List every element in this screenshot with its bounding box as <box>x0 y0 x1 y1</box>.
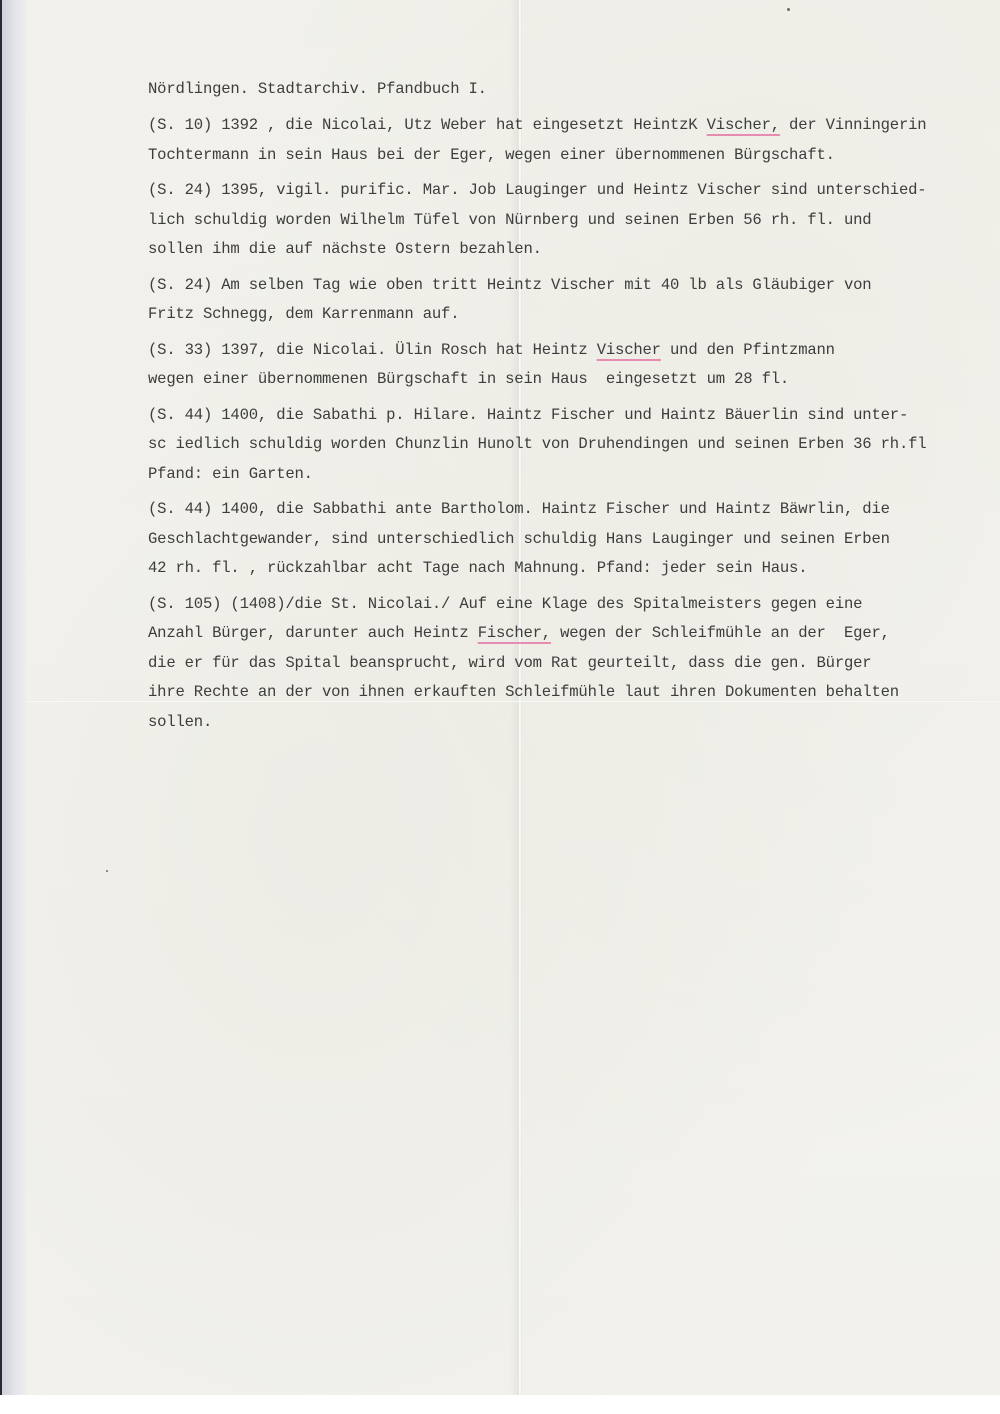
document-entry: (S. 10) 1392 , die Nicolai, Utz Weber ha… <box>148 116 978 175</box>
text-segment: Geschlachtgewander, sind unterschiedlich… <box>148 530 890 548</box>
entry-line: Geschlachtgewander, sind unterschiedlich… <box>148 530 978 560</box>
text-segment: (S. 44) 1400, die Sabathi p. Hilare. Hai… <box>148 406 908 424</box>
text-segment: (S. 10) 1392 , die Nicolai, Utz Weber ha… <box>148 116 707 134</box>
text-segment: Fritz Schnegg, dem Karrenmann auf. <box>148 305 459 323</box>
entry-line: (S. 10) 1392 , die Nicolai, Utz Weber ha… <box>148 116 978 146</box>
text-segment: wegen der Schleifmühle an der Eger, <box>551 624 890 642</box>
text-segment: Tochtermann in sein Haus bei der Eger, w… <box>148 146 835 164</box>
text-segment: sollen ihm die auf nächste Ostern bezahl… <box>148 240 542 258</box>
text-segment: ihre Rechte an der von ihnen erkauften S… <box>148 683 899 701</box>
text-segment: (S. 33) 1397, die Nicolai. Ülin Rosch ha… <box>148 341 597 359</box>
text-segment: lich schuldig worden Wilhelm Tüfel von N… <box>148 211 871 229</box>
text-segment: Anzahl Bürger, darunter auch Heintz <box>148 624 478 642</box>
entry-line: ihre Rechte an der von ihnen erkauften S… <box>148 683 978 713</box>
entry-line: die er für das Spital beansprucht, wird … <box>148 654 978 684</box>
text-segment: 42 rh. fl. , rückzahlbar acht Tage nach … <box>148 559 807 577</box>
text-segment: (S. 105) (1408)/die St. Nicolai./ Auf ei… <box>148 595 862 613</box>
text-segment: Pfand: ein Garten. <box>148 465 313 483</box>
entry-line: (S. 24) 1395, vigil. purific. Mar. Job L… <box>148 181 978 211</box>
text-segment: (S. 24) Am selben Tag wie oben tritt Hei… <box>148 276 871 294</box>
document-entry: (S. 44) 1400, die Sabathi p. Hilare. Hai… <box>148 406 978 495</box>
entry-line: sollen. <box>148 713 978 743</box>
entry-line: Tochtermann in sein Haus bei der Eger, w… <box>148 146 978 176</box>
entry-line: sc iedlich schuldig worden Chunzlin Huno… <box>148 435 978 465</box>
scan-left-border <box>2 0 26 1395</box>
document-entry: (S. 33) 1397, die Nicolai. Ülin Rosch ha… <box>148 341 978 400</box>
highlighted-name: Vischer, <box>707 116 780 134</box>
text-segment: (S. 44) 1400, die Sabbathi ante Bartholo… <box>148 500 890 518</box>
highlighted-name: Vischer <box>597 341 661 359</box>
document-entries: (S. 10) 1392 , die Nicolai, Utz Weber ha… <box>148 116 978 742</box>
text-segment: (S. 24) 1395, vigil. purific. Mar. Job L… <box>148 181 926 199</box>
document-heading: Nördlingen. Stadtarchiv. Pfandbuch I. <box>148 80 978 110</box>
entry-line: sollen ihm die auf nächste Ostern bezahl… <box>148 240 978 270</box>
entry-line: (S. 44) 1400, die Sabathi p. Hilare. Hai… <box>148 406 978 436</box>
text-segment: sc iedlich schuldig worden Chunzlin Huno… <box>148 435 926 453</box>
text-segment: und den Pfintzmann <box>661 341 835 359</box>
highlighted-name: Fischer, <box>478 624 551 642</box>
entry-line: (S. 44) 1400, die Sabbathi ante Bartholo… <box>148 500 978 530</box>
text-segment: sollen. <box>148 713 212 731</box>
text-segment: wegen einer übernommenen Bürgschaft in s… <box>148 370 789 388</box>
document-entry: (S. 105) (1408)/die St. Nicolai./ Auf ei… <box>148 595 978 743</box>
typewritten-document: Nördlingen. Stadtarchiv. Pfandbuch I. (S… <box>148 80 978 748</box>
document-entry: (S. 24) 1395, vigil. purific. Mar. Job L… <box>148 181 978 270</box>
entry-line: (S. 105) (1408)/die St. Nicolai./ Auf ei… <box>148 595 978 625</box>
entry-line: 42 rh. fl. , rückzahlbar acht Tage nach … <box>148 559 978 589</box>
entry-line: Pfand: ein Garten. <box>148 465 978 495</box>
entry-line: Fritz Schnegg, dem Karrenmann auf. <box>148 305 978 335</box>
document-entry: (S. 24) Am selben Tag wie oben tritt Hei… <box>148 276 978 335</box>
entry-line: Anzahl Bürger, darunter auch Heintz Fisc… <box>148 624 978 654</box>
entry-line: lich schuldig worden Wilhelm Tüfel von N… <box>148 211 978 241</box>
entry-line: (S. 24) Am selben Tag wie oben tritt Hei… <box>148 276 978 306</box>
entry-line: wegen einer übernommenen Bürgschaft in s… <box>148 370 978 400</box>
text-segment: die er für das Spital beansprucht, wird … <box>148 654 871 672</box>
paper-speck <box>106 870 108 872</box>
text-segment: der Vinningerin <box>780 116 927 134</box>
paper-speck <box>787 8 790 11</box>
document-entry: (S. 44) 1400, die Sabbathi ante Bartholo… <box>148 500 978 589</box>
entry-line: (S. 33) 1397, die Nicolai. Ülin Rosch ha… <box>148 341 978 371</box>
